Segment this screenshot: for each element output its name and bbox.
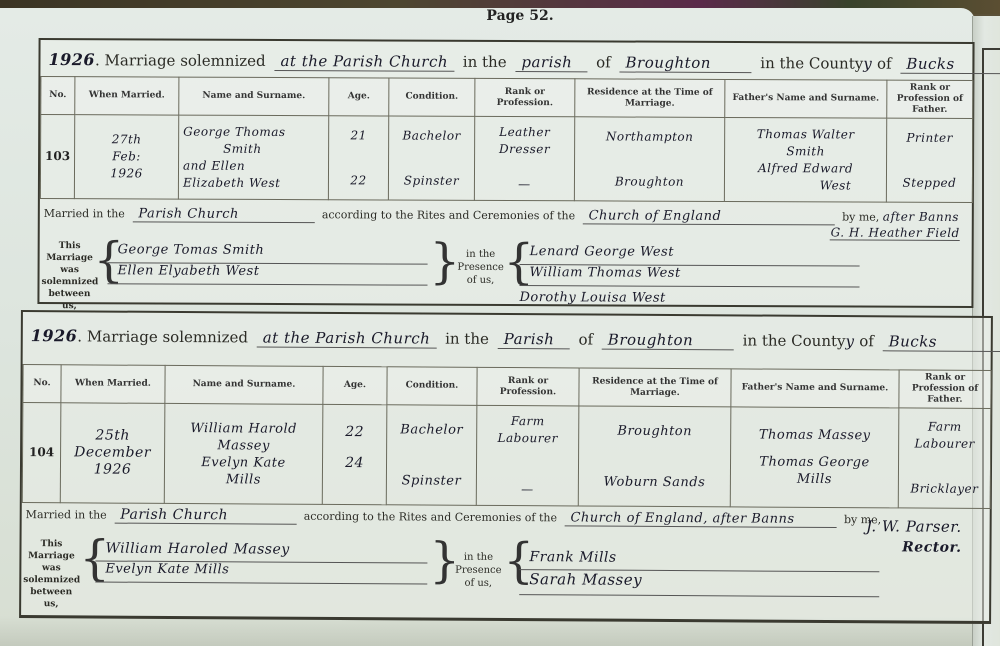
col-father-profession: Rank or Profession of Father. [899, 370, 991, 409]
officiant-signature: G. H. Heather Field [830, 225, 960, 241]
rites-value: Church of England, after Banns [564, 510, 836, 528]
witness-signature: Frank Mills [519, 549, 879, 572]
col-condition: Condition. [389, 78, 475, 116]
bride-father-surname: Mills [735, 470, 894, 488]
officiant-note: after Banns [883, 210, 959, 224]
bride-age: 22 [333, 172, 384, 189]
groom-signature: George Tomas Smith [108, 242, 428, 264]
label-line: in the [456, 248, 506, 261]
according-to-label: according to the Rites and Ceremonies of… [322, 208, 575, 222]
signatures-block: This Marriage was solemnized between us,… [23, 538, 985, 614]
parties-signatures: George Tomas Smith Ellen Elyabeth West [108, 242, 428, 285]
rites-value: Church of England [583, 208, 835, 225]
label-line: was [23, 562, 79, 574]
witnesses-signatures: Lenard George West William Thomas West D… [519, 244, 859, 307]
bride-father-forenames: Thomas George [735, 453, 894, 471]
date-year: 1926 [65, 461, 160, 479]
label-line: between us, [23, 586, 79, 610]
parties-signatures: William Haroled Massey Evelyn Kate Mills [95, 540, 427, 584]
names: George Thomas Smith and Ellen Elizabeth … [178, 115, 328, 200]
bride-age: 24 [327, 454, 382, 471]
in-presence-label: in the Presence of us, [456, 248, 506, 287]
marriage-entry-104: 1926. Marriage solemnized at the Parish … [19, 310, 993, 624]
fathers-professions: Printer Stepped [886, 118, 972, 202]
label-line: solemnized [23, 574, 79, 586]
officiant-signature: J. W. Parser. [822, 517, 962, 536]
according-to-label: according to the Rites and Ceremonies of… [304, 510, 557, 525]
solemnized-at-value: at the Parish Church [274, 52, 454, 72]
col-father-name: Father's Name and Surname. [731, 369, 899, 408]
ages: 22 24 [322, 404, 387, 504]
entry-heading: 1926. Marriage solemnized at the Parish … [31, 326, 985, 360]
witness-signature: Sarah Massey [519, 570, 879, 597]
groom-signature: William Haroled Massey [95, 540, 427, 563]
col-condition: Condition. [387, 367, 477, 406]
groom-age: 22 [327, 423, 382, 440]
fathers-names: Thomas Massey Thomas George Mills [730, 407, 899, 508]
place-type-value: parish [515, 53, 587, 72]
col-profession: Rank or Profession. [477, 367, 579, 406]
table-row: 104 25th December 1926 William Harold Ma… [22, 403, 991, 509]
between-us-label: This Marriage was solemnized between us, [41, 240, 97, 312]
groom-surname: Smith [183, 140, 324, 158]
professions: Leather Dresser — [474, 116, 574, 200]
col-no: No. [23, 365, 61, 403]
col-when-married: When Married. [75, 77, 179, 115]
period: . [95, 51, 100, 69]
place-value: Broughton [620, 53, 752, 73]
bride-surname: Mills [169, 470, 318, 488]
groom-father-surname: Smith [729, 142, 882, 160]
groom-forenames: William Harold [169, 419, 318, 437]
table-row: 103 27th Feb: 1926 George Thomas Smith a… [40, 114, 972, 202]
witnesses-signatures: Frank Mills Sarah Massey [519, 549, 879, 597]
groom-residence: Broughton [583, 422, 726, 440]
label-line: Presence [453, 564, 503, 577]
col-residence: Residence at the Time of Marriage. [579, 368, 731, 407]
professions: Farm Labourer — [476, 405, 579, 506]
entry-year: 1926 [48, 50, 95, 69]
entry-number: 104 [22, 403, 61, 503]
col-no: No. [41, 76, 75, 114]
witness-signature: William Thomas West [520, 265, 860, 287]
between-us-label: This Marriage was solemnized between us, [23, 538, 79, 610]
bride-father-profession: Stepped [891, 174, 968, 191]
label-line: was [42, 264, 98, 276]
bride-forenames: Evelyn Kate [169, 453, 318, 471]
place-value: Broughton [602, 331, 734, 351]
date-month: December [65, 444, 160, 462]
bride-residence: Broughton [579, 173, 720, 191]
county-label: in the County [743, 331, 846, 350]
groom-age: 21 [333, 127, 384, 144]
label-line: This Marriage [23, 538, 79, 562]
label-line: of us, [456, 274, 506, 287]
marriage-solemnized-label: Marriage solemnized [105, 51, 266, 70]
witness-signature: Lenard George West [520, 244, 860, 266]
in-the-label: in the [445, 330, 489, 348]
married-in-value: Parish Church [132, 206, 314, 223]
groom-father-profession: Farm Labourer [903, 418, 986, 453]
of-county-label: of [859, 332, 874, 350]
register-table: No. When Married. Name and Surname. Age.… [22, 364, 992, 509]
bride-father-surname: West [729, 176, 882, 194]
bride-condition: Spinster [393, 172, 470, 189]
county-suffix: y [845, 332, 854, 350]
period: . [77, 327, 82, 345]
label-line: between us, [41, 288, 97, 312]
residences: Northampton Broughton [574, 117, 724, 202]
col-name: Name and Surname. [179, 77, 329, 116]
in-presence-label: in the Presence of us, [453, 551, 503, 590]
groom-residence: Northampton [579, 128, 720, 146]
col-father-profession: Rank or Profession of Father. [887, 80, 973, 118]
fathers-professions: Farm Labourer Bricklayer [898, 408, 991, 509]
column-header-row: No. When Married. Name and Surname. Age.… [41, 76, 973, 118]
entry-year: 1926 [31, 326, 78, 345]
groom-surname: Massey [169, 436, 318, 454]
by-me-label: by me, [842, 210, 879, 223]
bride-father-forenames: Alfred Edward [729, 159, 882, 177]
groom-forenames: George Thomas [183, 123, 324, 141]
col-residence: Residence at the Time of Marriage. [575, 79, 725, 118]
of-county-label: of [877, 55, 892, 73]
of-label: of [578, 330, 593, 348]
married-in-label: Married in the [44, 207, 125, 220]
married-in-line: Married in the Parish Church according t… [44, 206, 968, 226]
register-table: No. When Married. Name and Surname. Age.… [40, 76, 974, 203]
bride-names: Elizabeth West [183, 174, 324, 192]
col-name: Name and Surname. [165, 365, 323, 404]
date-month: Feb: [79, 148, 174, 165]
marriage-solemnized-label: Marriage solemnized [87, 327, 248, 346]
groom-father-forenames: Thomas Walter [729, 125, 882, 143]
county-value: Bucks [900, 55, 1000, 75]
label-line: This Marriage [42, 240, 98, 264]
page-number: Page 52. [0, 8, 1000, 24]
place-type-value: Parish [498, 330, 570, 349]
groom-father-profession: Printer [891, 129, 968, 146]
county-value: Bucks [883, 332, 1000, 352]
married-in-label: Married in the [26, 508, 107, 521]
when-married: 25th December 1926 [60, 403, 165, 504]
bride-signature: Ellen Elyabeth West [108, 263, 428, 285]
conditions: Bachelor Spinster [388, 116, 474, 200]
label-line: Presence [456, 261, 506, 274]
bride-residence: Woburn Sands [583, 473, 726, 491]
county-label: in the County [760, 54, 863, 72]
names: William Harold Massey Evelyn Kate Mills [164, 403, 323, 504]
date-day: 25th [65, 427, 160, 445]
label-line: solemnized [41, 276, 97, 288]
col-age: Age. [323, 366, 387, 404]
col-age: Age. [329, 78, 389, 116]
witness-signature: Dorothy Louisa West [519, 286, 859, 307]
fathers-names: Thomas Walter Smith Alfred Edward West [724, 117, 886, 202]
column-header-row: No. When Married. Name and Surname. Age.… [23, 365, 991, 409]
bride-profession: — [481, 481, 574, 499]
groom-profession: Leather Dresser [479, 124, 570, 158]
bride-profession: — [479, 176, 570, 193]
date-day: 27th [79, 131, 174, 148]
date-year: 1926 [79, 165, 174, 182]
groom-profession: Farm Labourer [481, 413, 574, 448]
county-suffix: y [863, 55, 872, 73]
when-married: 27th Feb: 1926 [74, 115, 178, 199]
of-label: of [596, 53, 611, 71]
groom-condition: Bachelor [391, 421, 472, 438]
in-the-label: in the [463, 53, 507, 71]
bride-father-profession: Bricklayer [903, 480, 986, 498]
ages: 21 22 [328, 116, 388, 200]
bride-signature: Evelyn Kate Mills [95, 561, 427, 584]
groom-father-name: Thomas Massey [735, 426, 894, 444]
married-in-value: Parish Church [114, 507, 296, 525]
entry-number: 103 [40, 114, 74, 198]
residences: Broughton Woburn Sands [578, 406, 731, 507]
col-profession: Rank or Profession. [475, 78, 575, 116]
col-when-married: When Married. [61, 365, 165, 404]
conditions: Bachelor Spinster [386, 405, 477, 506]
bride-condition: Spinster [391, 472, 472, 489]
marriage-entry-103: 1926. Marriage solemnized at the Parish … [37, 38, 974, 308]
label-line: of us, [453, 577, 503, 590]
signatures-block: This Marriage was solemnized between us,… [41, 240, 967, 314]
label-line: in the [453, 551, 503, 564]
solemnized-at-value: at the Parish Church [257, 328, 437, 348]
groom-condition: Bachelor [393, 127, 470, 144]
bride-forename: and Ellen [183, 157, 324, 175]
col-father-name: Father's Name and Surname. [725, 79, 887, 118]
